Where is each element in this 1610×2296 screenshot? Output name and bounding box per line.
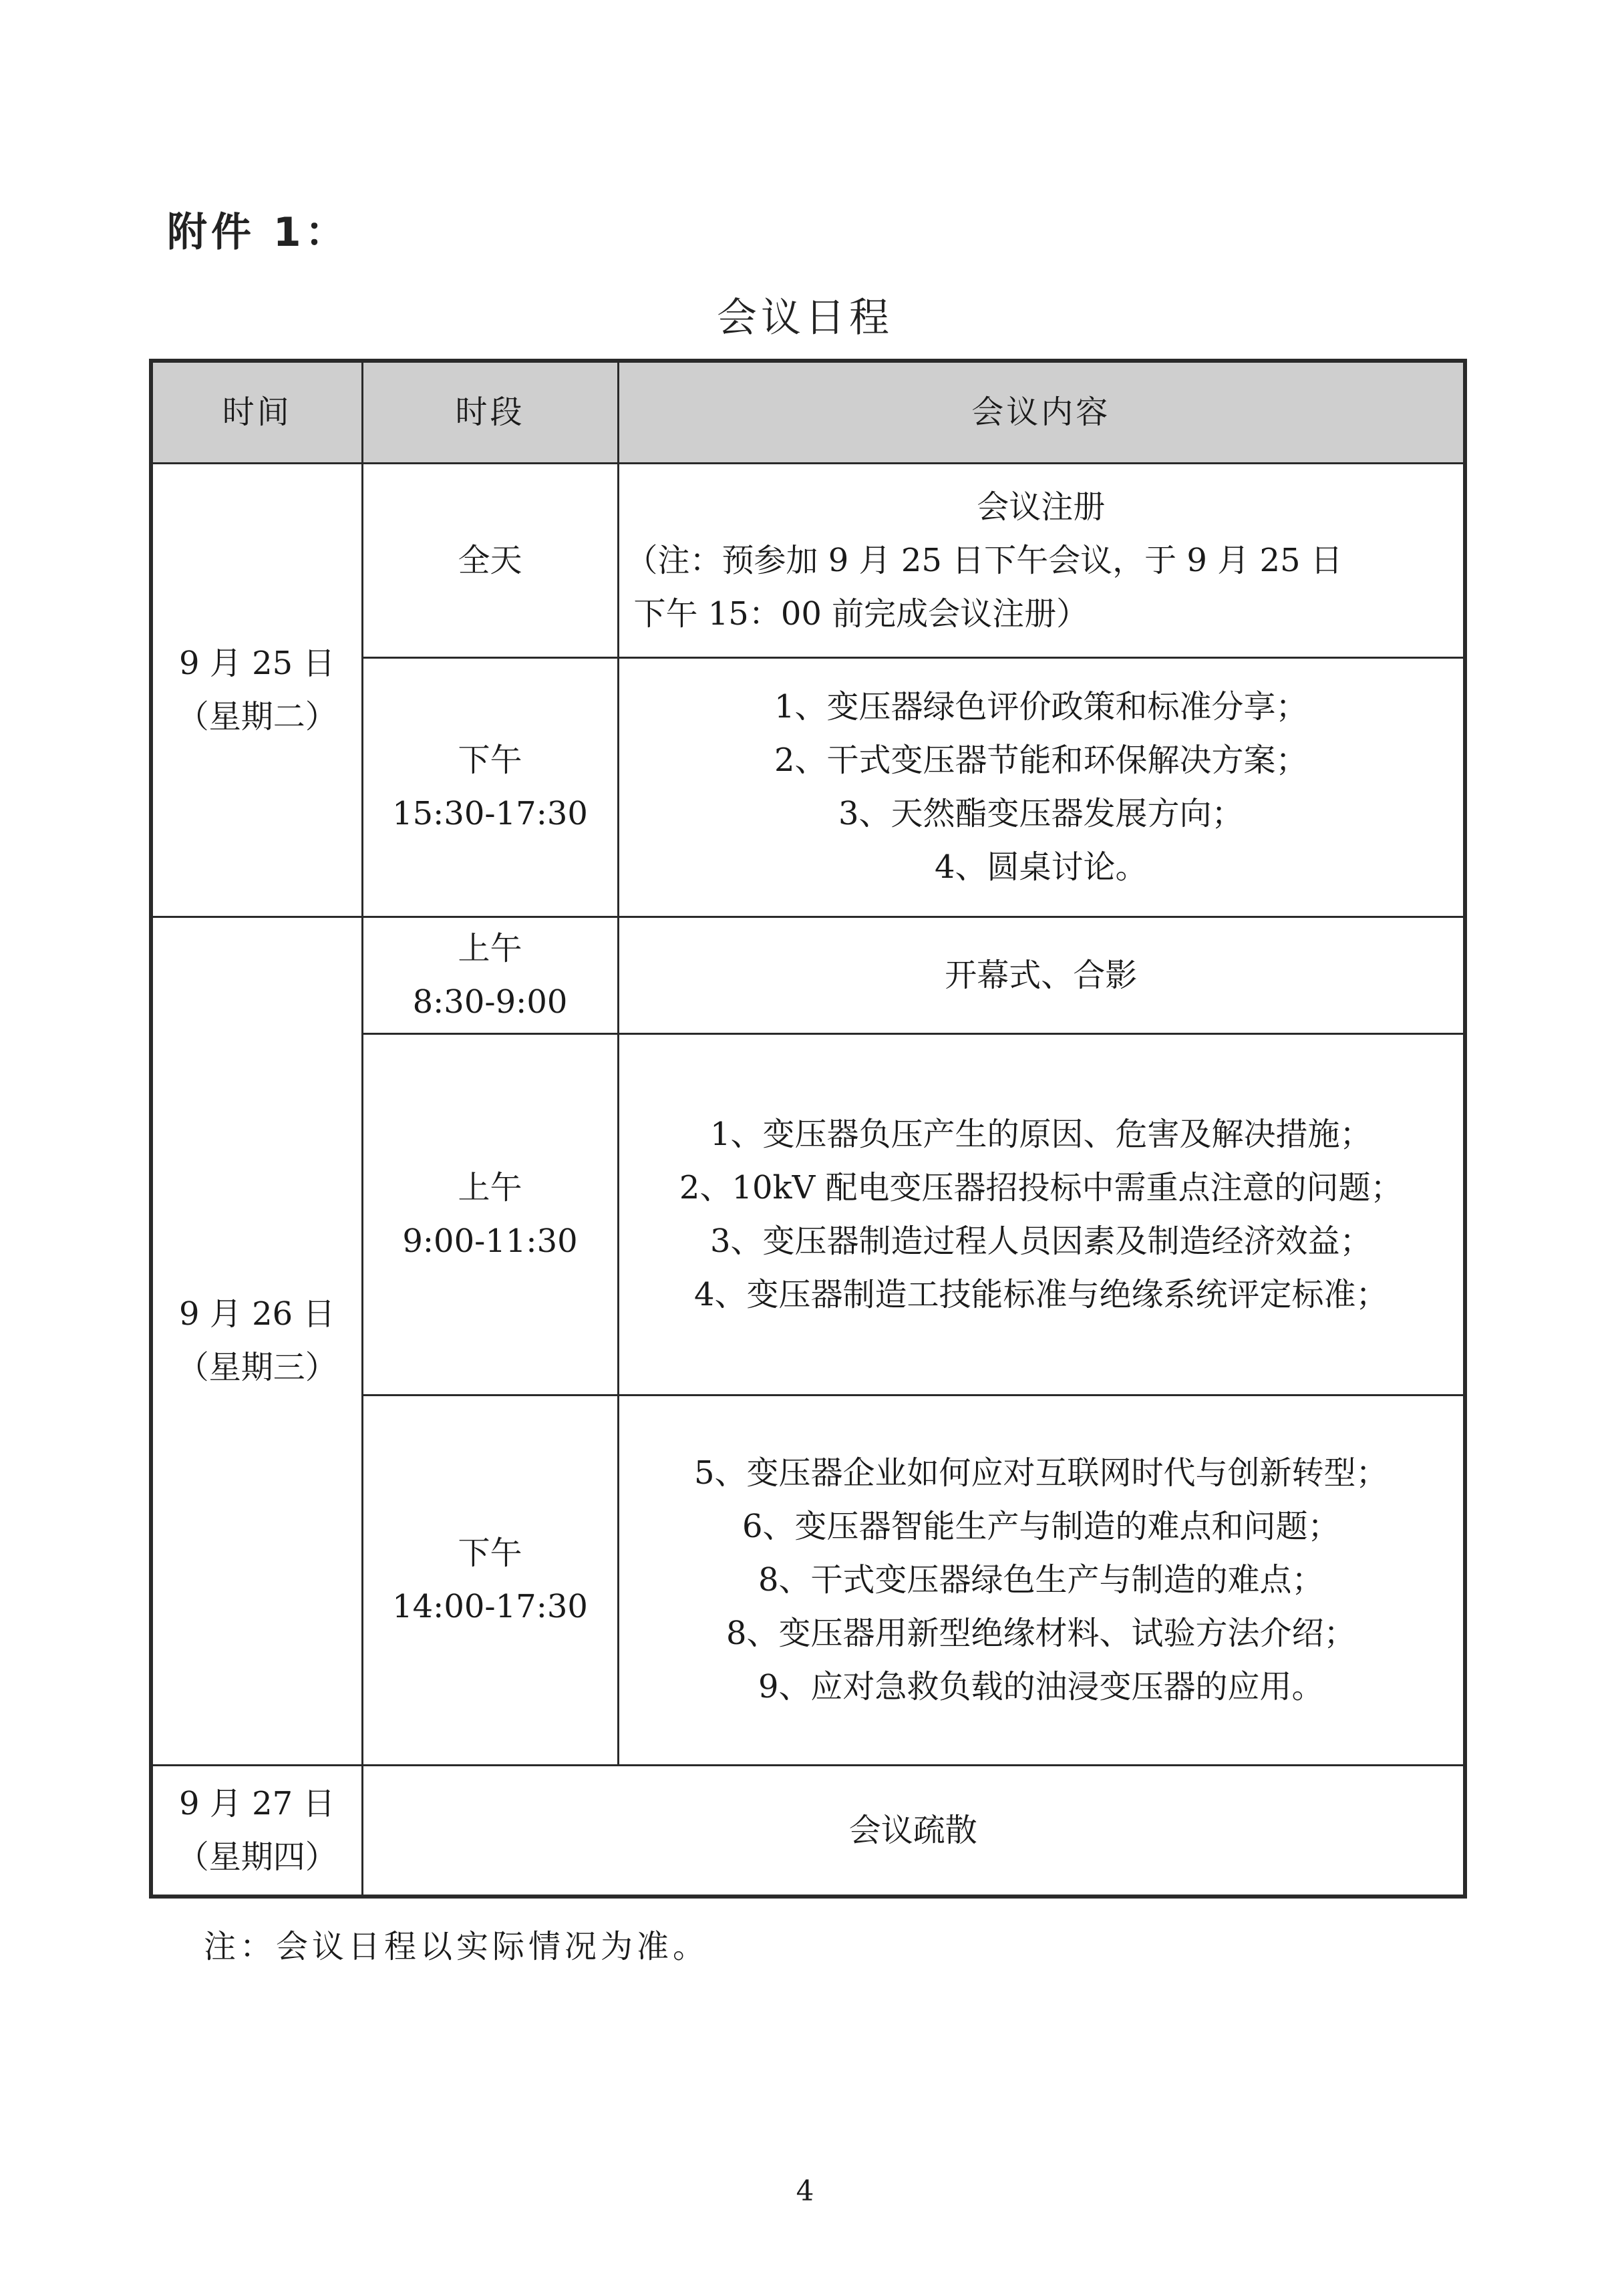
period-text: 下午 bbox=[363, 1526, 617, 1580]
content-cell: 1、变压器负压产生的原因、危害及解决措施； 2、10kV 配电变压器招投标中需重… bbox=[618, 1033, 1465, 1395]
period-text: 上午 bbox=[363, 922, 617, 975]
content-line: 1、变压器绿色评价政策和标准分享； bbox=[619, 680, 1464, 733]
period-cell: 上午 8:30-9:00 bbox=[362, 917, 618, 1033]
header-content: 会议内容 bbox=[618, 361, 1465, 463]
period-text: 上午 bbox=[363, 1161, 617, 1214]
content-line: 4、圆桌讨论。 bbox=[619, 840, 1464, 894]
schedule-note: 注：会议日程以实际情况为准。 bbox=[204, 1921, 709, 1967]
content-cell: 开幕式、合影 bbox=[618, 917, 1465, 1033]
content-line: 3、变压器制造过程人员因素及制造经济效益； bbox=[619, 1214, 1464, 1268]
period-cell: 下午 14:00-17:30 bbox=[362, 1395, 618, 1765]
weekday-text: （星期二） bbox=[153, 690, 361, 744]
content-line: 8、干式变压器绿色生产与制造的难点； bbox=[619, 1553, 1464, 1607]
content-line: 2、10kV 配电变压器招投标中需重点注意的问题； bbox=[619, 1161, 1464, 1214]
content-cell: 会议疏散 bbox=[362, 1765, 1465, 1897]
schedule-table: 时间 时段 会议内容 9 月 25 日 （星期二） 全天 会议注册 （注：预参加… bbox=[149, 359, 1467, 1899]
content-line: 6、变压器智能生产与制造的难点和问题； bbox=[619, 1500, 1464, 1553]
content-line: 8、变压器用新型绝缘材料、试验方法介绍； bbox=[619, 1607, 1464, 1660]
table-header-row: 时间 时段 会议内容 bbox=[151, 361, 1465, 463]
content-line: （注：预参加 9 月 25 日下午会议，于 9 月 25 日 bbox=[619, 534, 1464, 587]
content-line: 会议注册 bbox=[619, 480, 1464, 534]
date-cell: 9 月 27 日 （星期四） bbox=[151, 1765, 362, 1897]
attachment-label: 附件 1： bbox=[167, 200, 349, 258]
date-cell: 9 月 25 日 （星期二） bbox=[151, 463, 362, 917]
time-text: 8:30-9:00 bbox=[363, 975, 617, 1029]
content-cell: 5、变压器企业如何应对互联网时代与创新转型； 6、变压器智能生产与制造的难点和问… bbox=[618, 1395, 1465, 1765]
header-time: 时间 bbox=[151, 361, 362, 463]
period-cell: 上午 9:00-11:30 bbox=[362, 1033, 618, 1395]
date-text: 9 月 26 日 bbox=[153, 1287, 361, 1341]
content-line: 下午 15：00 前完成会议注册） bbox=[619, 587, 1464, 641]
time-text: 15:30-17:30 bbox=[363, 787, 617, 840]
content-line: 4、变压器制造工技能标准与绝缘系统评定标准； bbox=[619, 1268, 1464, 1321]
content-line: 开幕式、合影 bbox=[619, 949, 1464, 1002]
content-cell: 1、变压器绿色评价政策和标准分享； 2、干式变压器节能和环保解决方案； 3、天然… bbox=[618, 657, 1465, 917]
time-text: 14:00-17:30 bbox=[363, 1580, 617, 1633]
time-text: 9:00-11:30 bbox=[363, 1214, 617, 1268]
content-line: 2、干式变压器节能和环保解决方案； bbox=[619, 733, 1464, 787]
table-row: 9 月 27 日 （星期四） 会议疏散 bbox=[151, 1765, 1465, 1897]
period-cell: 全天 bbox=[362, 463, 618, 657]
table-row: 9 月 25 日 （星期二） 全天 会议注册 （注：预参加 9 月 25 日下午… bbox=[151, 463, 1465, 657]
weekday-text: （星期四） bbox=[153, 1830, 361, 1884]
content-cell: 会议注册 （注：预参加 9 月 25 日下午会议，于 9 月 25 日 下午 1… bbox=[618, 463, 1465, 657]
period-text: 全天 bbox=[363, 534, 617, 587]
date-text: 9 月 27 日 bbox=[153, 1777, 361, 1830]
period-cell: 下午 15:30-17:30 bbox=[362, 657, 618, 917]
date-cell: 9 月 26 日 （星期三） bbox=[151, 917, 362, 1765]
content-line: 1、变压器负压产生的原因、危害及解决措施； bbox=[619, 1108, 1464, 1161]
page-title: 会议日程 bbox=[0, 286, 1610, 343]
page-number: 4 bbox=[0, 2174, 1610, 2207]
table-row: 9 月 26 日 （星期三） 上午 8:30-9:00 开幕式、合影 bbox=[151, 917, 1465, 1033]
content-line: 5、变压器企业如何应对互联网时代与创新转型； bbox=[619, 1446, 1464, 1500]
content-line: 9、应对急救负载的油浸变压器的应用。 bbox=[619, 1660, 1464, 1713]
content-line: 3、天然酯变压器发展方向； bbox=[619, 787, 1464, 840]
period-text: 下午 bbox=[363, 733, 617, 787]
header-period: 时段 bbox=[362, 361, 618, 463]
date-text: 9 月 25 日 bbox=[153, 637, 361, 690]
weekday-text: （星期三） bbox=[153, 1341, 361, 1394]
